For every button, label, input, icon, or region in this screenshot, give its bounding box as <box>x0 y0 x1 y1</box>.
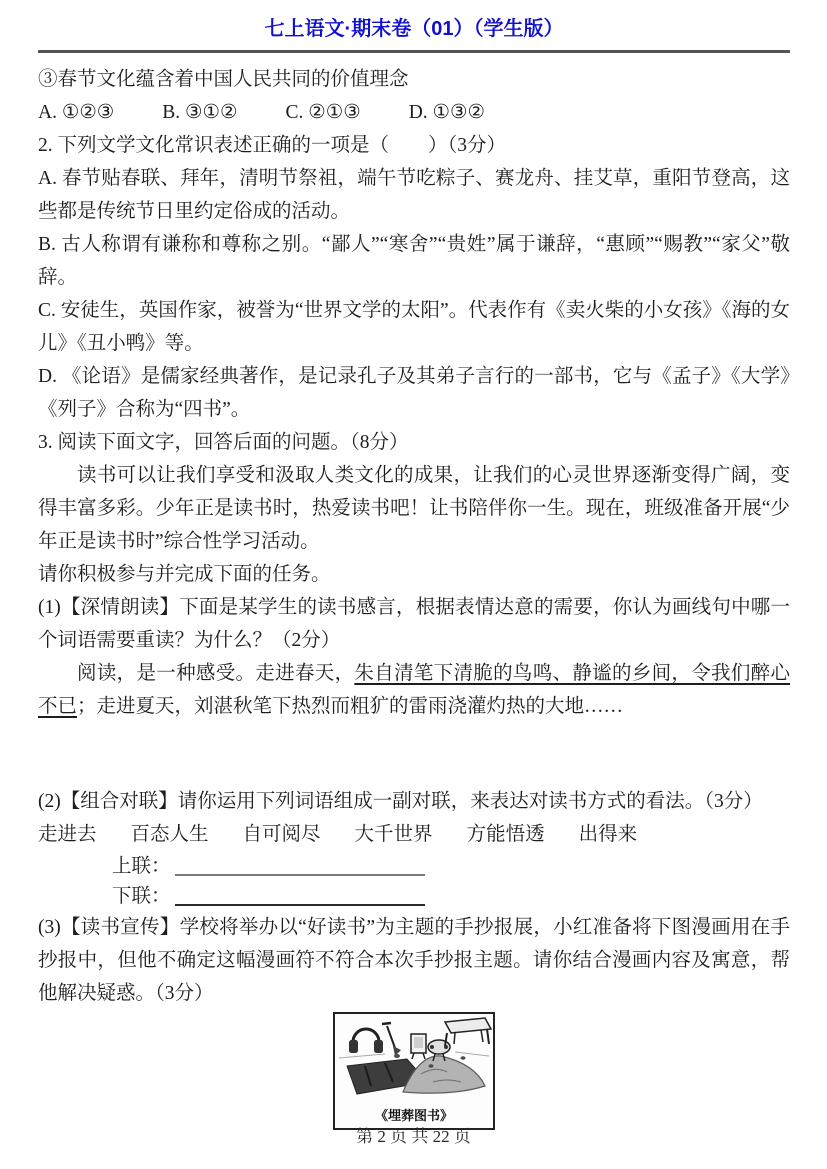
exam-body: ③春节文化蕴含着中国人民共同的价值理念 A. ①②③ B. ③①② C. ②①③… <box>38 63 790 1130</box>
word-item: 出得来 <box>579 818 638 851</box>
header-divider <box>38 50 790 53</box>
q1-option-a: A. ①②③ <box>38 96 114 129</box>
q3-intro-paragraph: 读书可以让我们享受和汲取人类文化的成果，让我们的心灵世界逐渐变得广阔，变得丰富多… <box>38 459 790 558</box>
q2-option-d: D. 《论语》是儒家经典著作，是记录孔子及其弟子言行的一部书，它与《孟子》《大学… <box>38 360 790 426</box>
q3-task-line: 请你积极参与并完成下面的任务。 <box>38 558 790 591</box>
page-number-footer: 第 2 页 共 22 页 <box>0 1122 827 1147</box>
couplet-first-blank-line <box>175 874 425 876</box>
couplet-word-bank: 走进去 百态人生 自可阅尽 大千世界 方能悟透 出得来 <box>38 818 790 851</box>
q1-option-b: B. ③①② <box>162 96 237 129</box>
word-item: 百态人生 <box>131 818 209 851</box>
quote-post: ；走进夏天，刘湛秋笔下热烈而粗犷的雷雨浇灌灼热的大地…… <box>77 696 623 717</box>
q3-sub2-stem: (2)【组合对联】请你运用下列词语组成一副对联，来表达对读书方式的看法。（3分） <box>38 785 790 818</box>
comic-illustration: 《埋葬图书》 <box>333 1012 495 1130</box>
q1-options-row: A. ①②③ B. ③①② C. ②①③ D. ①③② <box>38 96 790 129</box>
answer-space <box>38 723 790 785</box>
quote-pre: 阅读，是一种感受。走进春天， <box>77 663 354 684</box>
q2-option-a: A. 春节贴春联、拜年，清明节祭祖，端午节吃粽子、赛龙舟、挂艾草，重阳节登高，这… <box>38 162 790 228</box>
word-item: 方能悟透 <box>467 818 545 851</box>
comic-drawing <box>335 1014 493 1106</box>
q1-option-c: C. ②①③ <box>285 96 360 129</box>
exam-page: 七上语文·期末卷（01）（学生版） ③春节文化蕴含着中国人民共同的价值理念 A.… <box>0 0 827 1169</box>
page-content: 七上语文·期末卷（01）（学生版） ③春节文化蕴含着中国人民共同的价值理念 A.… <box>38 0 790 1130</box>
couplet-first-label: 上联： <box>112 853 171 881</box>
word-item: 大千世界 <box>355 818 433 851</box>
q1-statement-3: ③春节文化蕴含着中国人民共同的价值理念 <box>38 63 790 96</box>
q3-sub1-quote: 阅读，是一种感受。走进春天，朱自清笔下清脆的鸟鸣、静谧的乡间，令我们醉心不已；走… <box>38 657 790 723</box>
couplet-second-blank-line <box>175 904 425 906</box>
q1-option-d: D. ①③② <box>409 96 485 129</box>
word-item: 自可阅尽 <box>243 818 321 851</box>
word-item: 走进去 <box>38 818 97 851</box>
q3-sub3-stem: (3)【读书宣传】学校将举办以“好读书”为主题的手抄报展，小红准备将下图漫画用在… <box>38 911 790 1010</box>
couplet-first-row: 上联： <box>38 851 790 881</box>
page-title: 七上语文·期末卷（01）（学生版） <box>38 0 790 42</box>
comic-wrapper: 《埋葬图书》 <box>38 1012 790 1130</box>
couplet-second-label: 下联： <box>112 883 171 911</box>
q3-stem: 3. 阅读下面文字，回答后面的问题。（8分） <box>38 426 790 459</box>
couplet-second-row: 下联： <box>38 881 790 911</box>
q2-stem: 2. 下列文学文化常识表述正确的一项是（ ）（3分） <box>38 129 790 162</box>
q3-sub1-stem: (1)【深情朗读】下面是某学生的读书感言，根据表情达意的需要，你认为画线句中哪一… <box>38 591 790 657</box>
q2-option-b: B. 古人称谓有谦称和尊称之别。“鄙人”“寒舍”“贵姓”属于谦辞，“惠顾”“赐教… <box>38 228 790 294</box>
q2-option-c: C. 安徒生，英国作家，被誉为“世界文学的太阳”。代表作有《卖火柴的小女孩》《海… <box>38 294 790 360</box>
